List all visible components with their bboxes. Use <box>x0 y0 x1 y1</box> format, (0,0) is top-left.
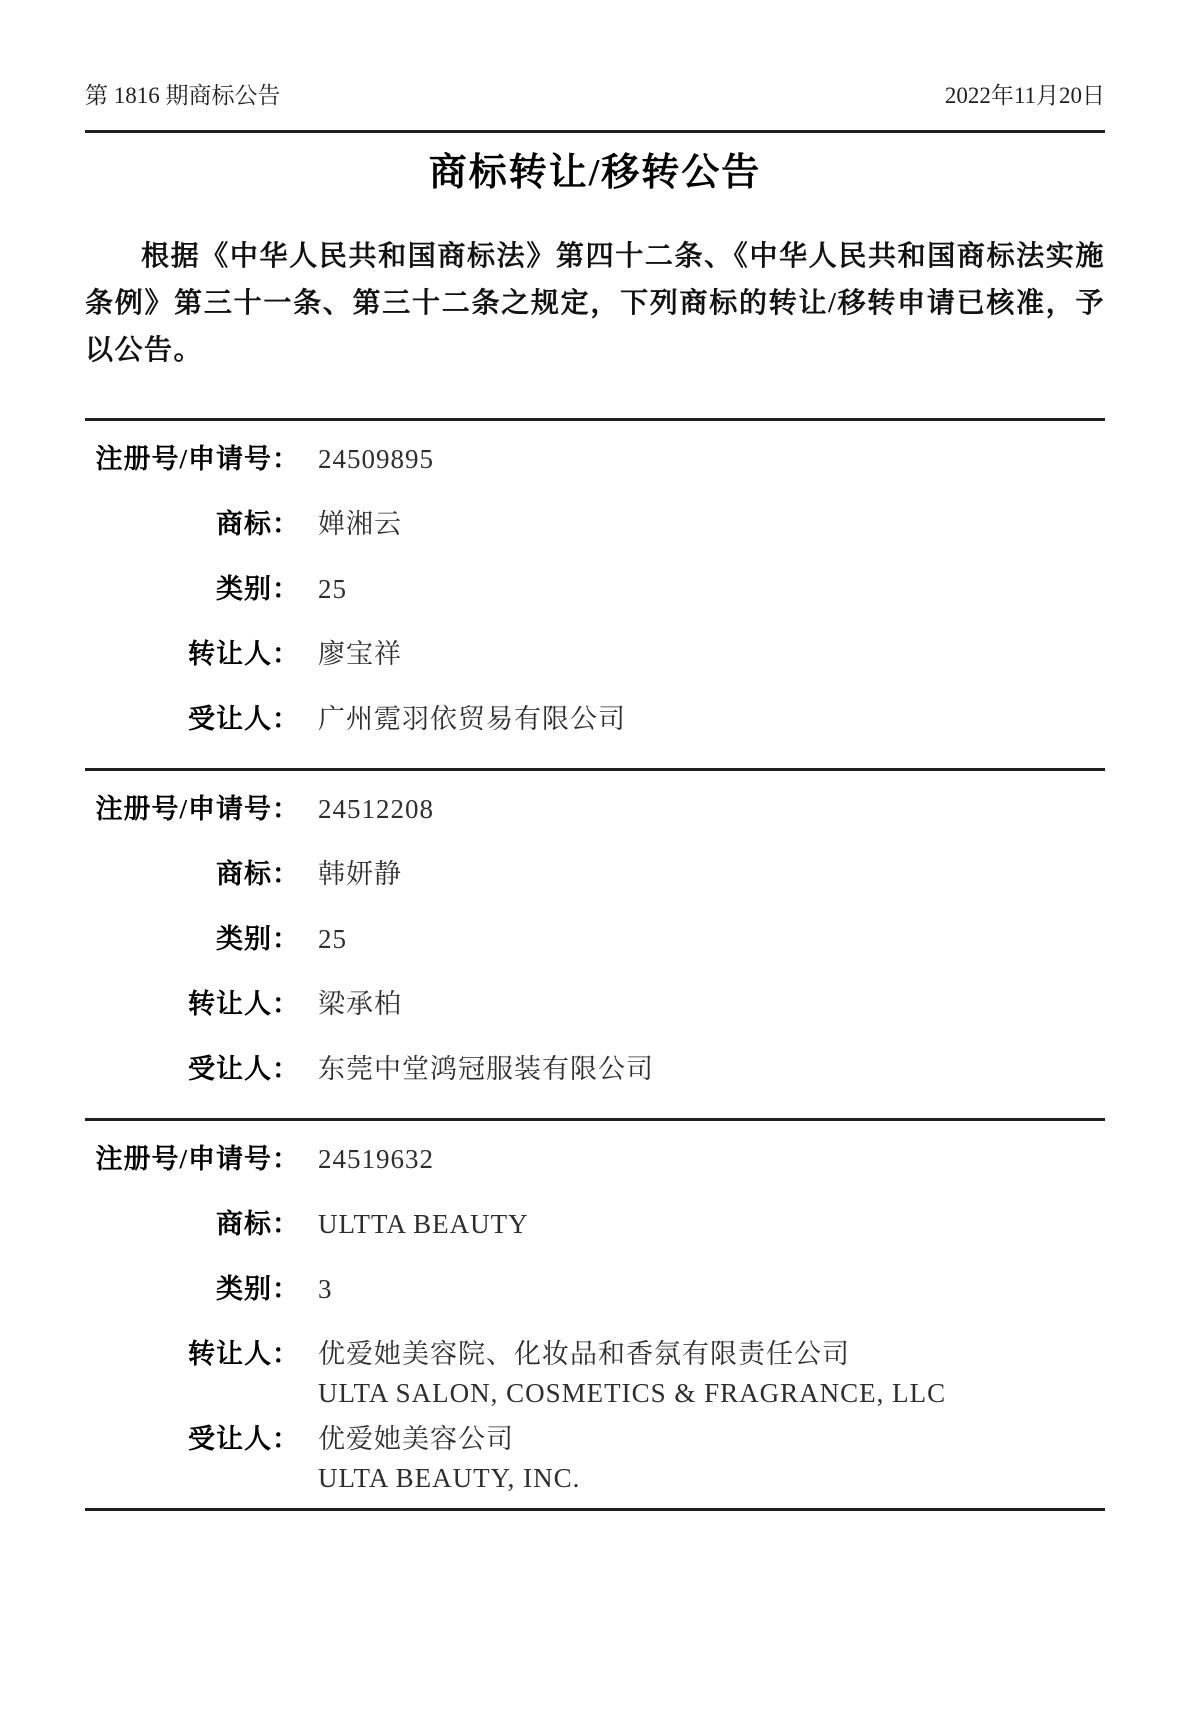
row-trademark: 商标： 韩妍静 <box>85 858 1105 890</box>
record-block-3: 注册号/申请号： 24519632 商标： ULTTA BEAUTY 类别： 3… <box>85 1118 1105 1494</box>
assignee-label: 受让人： <box>85 1423 300 1455</box>
trademark-value: 婵湘云 <box>318 508 402 540</box>
category-value: 3 <box>318 1273 333 1305</box>
document-title: 商标转让/移转公告 <box>85 147 1105 199</box>
row-trademark: 商标： 婵湘云 <box>85 508 1105 540</box>
intro-paragraph: 根据《中华人民共和国商标法》第四十二条、《中华人民共和国商标法实施条例》第三十一… <box>85 233 1105 374</box>
assignee-label: 受让人： <box>85 1053 300 1085</box>
assignee-label: 受让人： <box>85 703 300 735</box>
trademark-label: 商标： <box>85 508 300 540</box>
reg-no-value: 24512208 <box>318 793 434 825</box>
category-label: 类别： <box>85 573 300 605</box>
category-value: 25 <box>318 573 347 605</box>
row-assignor: 转让人： 优爱她美容院、化妆品和香氛有限责任公司 ULTA SALON, COS… <box>85 1338 1105 1409</box>
row-assignee: 受让人： 东莞中堂鸿冠服装有限公司 <box>85 1053 1105 1085</box>
date-label: 2022年11月20日 <box>945 82 1105 110</box>
assignor-value: 梁承柏 <box>318 988 402 1020</box>
assignor-value: 廖宝祥 <box>318 638 402 670</box>
row-assignor: 转让人： 梁承柏 <box>85 988 1105 1020</box>
record-block-2: 注册号/申请号： 24512208 商标： 韩妍静 类别： 25 转让人： 梁承… <box>85 768 1105 1085</box>
row-reg-no: 注册号/申请号： 24509895 <box>85 443 1105 475</box>
category-label: 类别： <box>85 1273 300 1305</box>
gazette-page: 第 1816 期商标公告 2022年11月20日 商标转让/移转公告 根据《中华… <box>0 0 1190 1730</box>
row-reg-no: 注册号/申请号： 24512208 <box>85 793 1105 825</box>
assignee-value: 广州霓羽依贸易有限公司 <box>318 703 626 735</box>
assignee-value-group: 优爱她美容公司 ULTA BEAUTY, INC. <box>318 1423 580 1494</box>
assignor-value-en: ULTA SALON, COSMETICS & FRAGRANCE, LLC <box>318 1377 946 1409</box>
closing-rule <box>85 1508 1105 1511</box>
reg-no-value: 24509895 <box>318 443 434 475</box>
category-value: 25 <box>318 923 347 955</box>
trademark-value: ULTTA BEAUTY <box>318 1208 529 1240</box>
record-block-1: 注册号/申请号： 24509895 商标： 婵湘云 类别： 25 转让人： 廖宝… <box>85 418 1105 735</box>
records-list: 注册号/申请号： 24509895 商标： 婵湘云 类别： 25 转让人： 廖宝… <box>85 418 1105 1511</box>
assignor-value-cn: 优爱她美容院、化妆品和香氛有限责任公司 <box>318 1338 946 1370</box>
row-category: 类别： 25 <box>85 923 1105 955</box>
row-category: 类别： 25 <box>85 573 1105 605</box>
assignor-label: 转让人： <box>85 638 300 670</box>
assignor-label: 转让人： <box>85 1338 300 1370</box>
row-trademark: 商标： ULTTA BEAUTY <box>85 1208 1105 1240</box>
row-assignee: 受让人： 优爱她美容公司 ULTA BEAUTY, INC. <box>85 1423 1105 1494</box>
issue-label: 第 1816 期商标公告 <box>85 82 281 110</box>
assignee-value-en: ULTA BEAUTY, INC. <box>318 1462 580 1494</box>
reg-no-label: 注册号/申请号： <box>85 793 300 825</box>
category-label: 类别： <box>85 923 300 955</box>
page-header: 第 1816 期商标公告 2022年11月20日 <box>85 0 1105 110</box>
row-reg-no: 注册号/申请号： 24519632 <box>85 1143 1105 1175</box>
header-rule <box>85 130 1105 133</box>
reg-no-label: 注册号/申请号： <box>85 1143 300 1175</box>
trademark-value: 韩妍静 <box>318 858 402 890</box>
assignor-label: 转让人： <box>85 988 300 1020</box>
row-category: 类别： 3 <box>85 1273 1105 1305</box>
assignee-value-cn: 优爱她美容公司 <box>318 1423 580 1455</box>
trademark-label: 商标： <box>85 1208 300 1240</box>
row-assignor: 转让人： 廖宝祥 <box>85 638 1105 670</box>
reg-no-label: 注册号/申请号： <box>85 443 300 475</box>
assignee-value: 东莞中堂鸿冠服装有限公司 <box>318 1053 654 1085</box>
assignor-value-group: 优爱她美容院、化妆品和香氛有限责任公司 ULTA SALON, COSMETIC… <box>318 1338 946 1409</box>
reg-no-value: 24519632 <box>318 1143 434 1175</box>
trademark-label: 商标： <box>85 858 300 890</box>
row-assignee: 受让人： 广州霓羽依贸易有限公司 <box>85 703 1105 735</box>
